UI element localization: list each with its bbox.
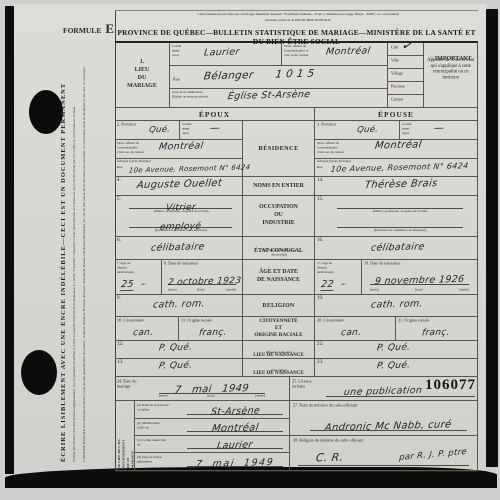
margin-warning-text: ÉCRIRE LISIBLEMENT AVEC UNE ENCRE INDÉLÉ…	[60, 83, 67, 462]
field-enregistrement-date: (d) Date de l'enre- gistrement 7 mai 194…	[135, 453, 290, 471]
postal-note-line2: adressée, jouira de la FRANCHISE POSTALE…	[119, 18, 476, 22]
center-label-residence: RÉSIDENCE	[243, 121, 315, 177]
section-lieu-mariage-label: 1. LIEU DU MARIAGE	[115, 43, 170, 108]
center-label-age: ÂGE ET DATE DE NAISSANCE	[243, 260, 315, 295]
formule-letter: E	[105, 21, 114, 36]
field-ministre: 27. Nom du ministre du culte officiant A…	[290, 401, 478, 436]
field-nom-epouse: 14. Thérèse Brais	[315, 177, 478, 196]
center-label-occupation: OCCUPATION OU INDUSTRIE	[243, 196, 315, 237]
field-occupation-epouse: 15. (Métier, profession ou genre de trav…	[315, 196, 478, 237]
checkbox-canton: Canton	[388, 95, 424, 108]
licence-number-stamp: 106077	[425, 377, 476, 394]
blank-line	[337, 216, 463, 228]
center-label-naissance1: LIEU DE NAISSANCE (Époux et épouse)	[243, 341, 315, 359]
field-municipalite-epouse: Nom officiel de la municipalité civile o…	[315, 140, 478, 159]
center-label-noms: NOMS EN ENTIER	[243, 177, 315, 196]
film-edge-right	[486, 9, 498, 467]
center-label-etat: ÉTAT CONJUGAL (Célibataire, veuf(ve) ou …	[243, 237, 315, 260]
important-body: Apposer un X sur le mot qui s'applique à…	[427, 57, 475, 80]
blank-line	[337, 197, 463, 209]
center-label-religion: RELIGION	[243, 295, 315, 317]
field-naissance-pere-epoux: 13. P. Qué.	[115, 359, 243, 377]
field-naissance-epouse: 22. P. Qué.	[315, 341, 478, 359]
checkbox-ville: Ville	[388, 56, 424, 69]
nom-municipalite-value: Montréal	[325, 45, 371, 57]
postal-note-line1: Cette formule placée dans une enveloppe …	[119, 12, 476, 16]
section-enregistrement-label: 26. LIEU DE L'EN- REGISTREMENT DE CE MAR…	[115, 401, 135, 471]
rue-label: Rue	[173, 77, 184, 82]
field-nom-municipalite: Nom officiel de la municipalité ci- vile…	[282, 43, 388, 66]
field-date-naissance-epouse: 18. Date de naissance 9 novembre 1926 (m…	[362, 260, 478, 295]
checkbox-paroisse: Paroisse	[388, 82, 424, 95]
field-origine-epoux: 11. Origine raciale franç.	[179, 317, 243, 341]
column-header-epouse: ÉPOUSE	[315, 108, 478, 121]
religion-ministre-value: C. R.	[315, 451, 344, 465]
field-date-naissance-epoux: 8. Date de naissance 2 octobre 1923 (moi…	[162, 260, 243, 295]
field-citoyennete-epouse: 20. Citoyenneté can.	[315, 317, 396, 341]
comte-value: Laurier	[203, 47, 240, 59]
nom-municipalite-label: Nom officiel de la municipalité ci- vile…	[284, 44, 322, 57]
field-rue: Rue Bélanger 1 0 1 5	[170, 66, 388, 89]
comte-label: Comté muni- cipal	[172, 44, 198, 57]
field-origine-epouse: 21. Origine raciale franç.	[396, 317, 478, 341]
center-label-citoyennete: CITOYENNETÉ ET ORIGINE RACIALE	[243, 317, 315, 341]
field-naissance-pere-epouse: 23. P. Qué.	[315, 359, 478, 377]
formule-label: FORMULE E	[56, 20, 114, 38]
field-licence: 25. Licence ou bans une publication 1060…	[290, 377, 478, 401]
checkbox-village: Village	[388, 69, 424, 82]
center-label-naissance2: LIEU DE NAISSANCE (des pères)	[243, 359, 315, 377]
field-celebration: Lieu de la célébration (Église ou maison…	[170, 89, 388, 108]
hole-punch	[21, 350, 57, 395]
field-citoyennete-epoux: 10. Citoyenneté can.	[115, 317, 179, 341]
field-municipalite-epoux: Nom officiel de la municipalité civile o…	[115, 140, 243, 159]
field-comte-epouse: Comté muni- cipal —	[400, 121, 478, 140]
field-age-epouse: 17. Age au dernier anniversaire 22 ans	[315, 260, 362, 295]
margin-instructions: Chaque information doit être donnée soig…	[72, 42, 91, 462]
field-religion-ministre: 28. Religion du ministre du culte offici…	[290, 436, 478, 471]
important-note: ☞IMPORTANT Apposer un X sur le mot qui s…	[424, 43, 478, 108]
film-edge-left	[5, 6, 14, 474]
field-occupation-epoux: 5. Vitrier (Métier, profession ou genre …	[115, 196, 243, 237]
margin-small-text: L'ORIGINE RACIALE sera indiquée en disan…	[82, 42, 86, 462]
field-etat-epouse: 16. célibataire	[315, 237, 478, 260]
field-age-epoux: 7. Age au dernier anniversaire 25 ans	[115, 260, 162, 295]
form-top-rule	[115, 10, 478, 11]
field-comte-municipal: Comté muni- cipal Laurier	[170, 43, 282, 66]
field-comte-epoux: Comté muni- cipal —	[180, 121, 243, 140]
field-nom-epoux: 4. Auguste Ouellet	[115, 177, 243, 196]
formule-word: FORMULE	[63, 26, 101, 35]
field-enregistrement-comte: (c) Comté municipal de Laurier	[135, 436, 290, 453]
field-naissance-epoux: 12. P. Qué.	[115, 341, 243, 359]
field-religion-epoux: 9. cath. rom.	[115, 295, 243, 317]
margin-small-text: Chaque information doit être donnée soig…	[72, 42, 76, 462]
field-etat-epoux: 6. célibataire	[115, 237, 243, 260]
field-province-epoux: 2. Province Qué.	[115, 121, 180, 140]
rue-value: Bélanger 1 0 1 5	[203, 68, 315, 83]
field-province-epouse: 3. Province Qué.	[315, 121, 400, 140]
hole-punch	[29, 90, 63, 134]
field-enregistrement-paroisse: (a) Nom de la paroisse ou église St-Arsè…	[135, 401, 290, 419]
celebration-label: Lieu de la célébration (Église ou maison…	[172, 90, 220, 99]
field-adresse-epouse: Adresse (après mariage) Rue 10e Avenue, …	[315, 159, 478, 177]
field-date-mariage: 24. Date du mariage 7 mai 1949 (mois) (j…	[115, 377, 290, 401]
field-enregistrement-municipalite: (b) Municipalité civile de Montréal	[135, 419, 290, 436]
field-religion-epouse: 19. cath. rom.	[315, 295, 478, 317]
celebration-value: Église St-Arsène	[227, 89, 311, 102]
column-header-epoux: ÉPOUX	[115, 108, 315, 121]
scanned-document: ÉCRIRE LISIBLEMENT AVEC UNE ENCRE INDÉLÉ…	[0, 0, 500, 500]
field-adresse-epoux: Adresse (après mariage) Rue 10e Avenue, …	[115, 159, 243, 177]
